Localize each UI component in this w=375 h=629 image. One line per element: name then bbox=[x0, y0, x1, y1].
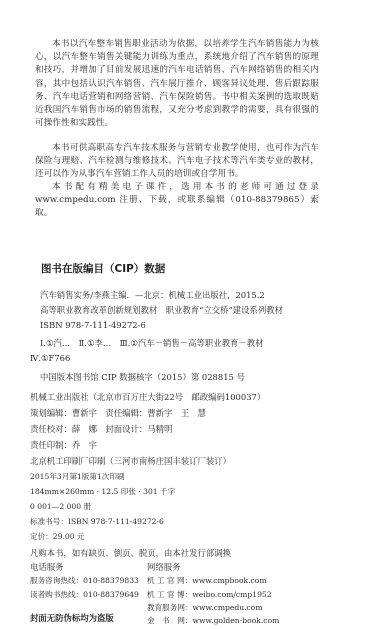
phone-service-heading: 电话服务 bbox=[30, 561, 64, 573]
web-link-weibo: 机 工 官 博：weibo.com/cmp1952 bbox=[147, 589, 272, 601]
cip-line-title: 汽车销售实务/李燕主编．—北京：机械工业出版社，2015.2 bbox=[40, 289, 265, 301]
web-link-cmpbook: 机 工 官 网：www.cmpbook.com bbox=[147, 575, 267, 587]
publisher-address: 机械工业出版社（北京市百万庄大街22号 邮政编码100037） bbox=[30, 391, 265, 403]
price: 定价：29.00 元 bbox=[30, 531, 85, 543]
intro-paragraph-3: 本书配有精美电子课件，选用本书的老师可通过登录 www.cmpedu.com 注… bbox=[35, 181, 319, 221]
cip-line-series: 高等职业教育改革创新规划教材 职业教育“立交桥”建设系列教材 bbox=[40, 304, 283, 316]
service-hotline: 服务咨询热线：010-88379833 bbox=[30, 575, 139, 587]
cip-line-isbn: ISBN 978-7-111-49272-6 bbox=[40, 319, 146, 331]
cip-title: 图书在版编目（CIP）数据 bbox=[41, 261, 165, 276]
web-link-cmpedu: 教育服务网：www.cmpedu.com bbox=[147, 602, 263, 614]
edition: 2015年3月第1版第1次印刷 bbox=[30, 471, 125, 483]
purchase-hotline: 读者购书热线：010-88379649 bbox=[30, 589, 139, 601]
web-link-golden-book: 金 书 网：www.golden-book.com bbox=[147, 615, 279, 627]
proofreader: 责任校对：薛 娜 封面设计：马精明 bbox=[30, 423, 172, 435]
printer: 北京机工印刷厂印刷（三河市南杨庄国丰装订厂装订） bbox=[30, 455, 231, 467]
web-service-heading: 网络服务 bbox=[147, 561, 181, 573]
planning-editor: 策划编辑：曹新宇 责任编辑：曹新宇 王 慧 bbox=[30, 407, 206, 419]
cip-classification-2: Ⅳ.①F766 bbox=[30, 352, 70, 364]
cip-verification: 中国版本图书馆 CIP 数据核字（2015）第 028815 号 bbox=[40, 371, 245, 383]
replacement-notice: 凡购本书，如有缺页、倒页、脱页，由本社发行部调换 bbox=[30, 547, 231, 559]
intro-paragraph-2: 本书可供高职高专汽车技术服务与营销专业教学使用，也可作为汽车保险与理赔、汽车检测… bbox=[35, 142, 319, 182]
print-supervisor: 责任印制：乔 宇 bbox=[30, 439, 97, 451]
intro-paragraph-1: 本书以汽车整车销售职业活动为依据，以培养学生汽车销售能力为核心，以汽车整车销售关… bbox=[35, 38, 319, 130]
isbn: 标准书号：ISBN 978-7-111-49272-6 bbox=[30, 516, 164, 528]
anti-piracy-notice: 封面无防伪标均为盗版 bbox=[30, 612, 114, 624]
format: 184mm×260mm · 12.5 印张 · 301 千字 bbox=[30, 486, 175, 498]
cip-classification-1: Ⅰ.①汽… Ⅱ.①李… Ⅲ.①汽车－销售－高等职业教育－教材 bbox=[40, 337, 263, 349]
print-run: 0 001—2 000 册 bbox=[30, 501, 91, 513]
